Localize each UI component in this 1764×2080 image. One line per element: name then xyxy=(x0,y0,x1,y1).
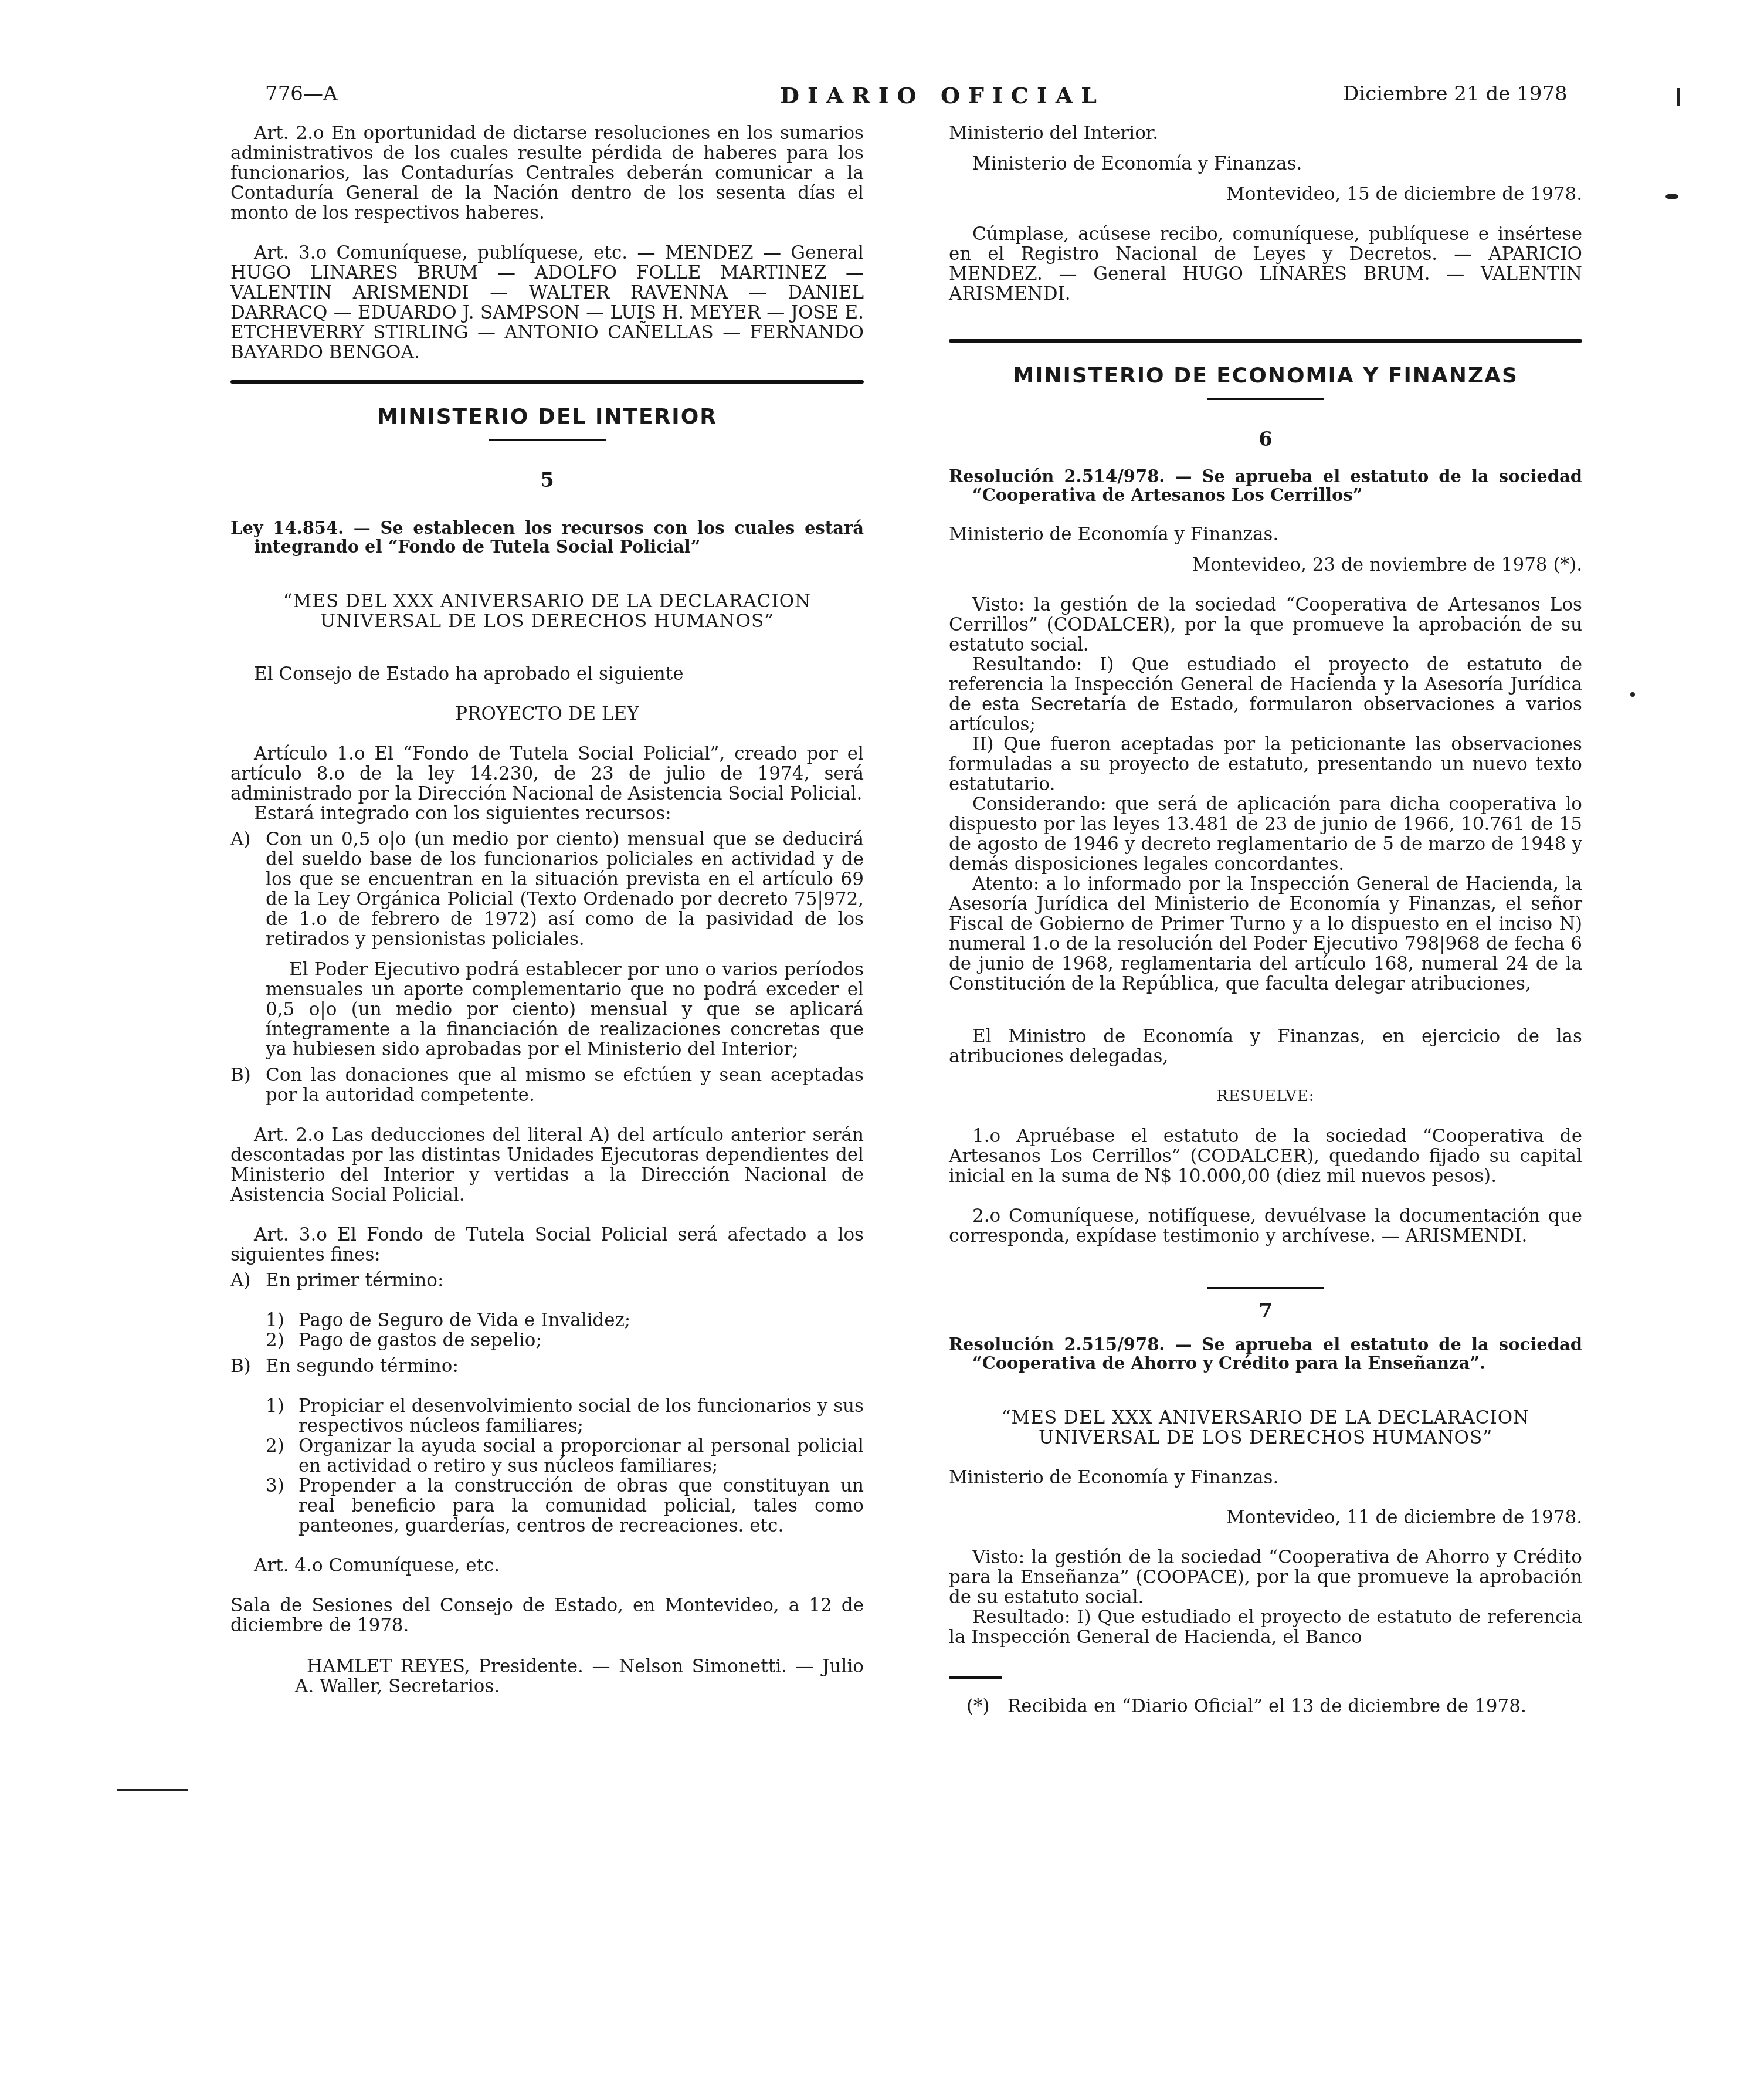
resolution-7-ministry: Ministerio de Economía y Finanzas. xyxy=(949,1468,1582,1488)
item-label: 2) xyxy=(266,1436,298,1476)
session-location-date: Sala de Sesiones del Consejo de Estado, … xyxy=(230,1595,864,1635)
left-column: Art. 2.o En oportunidad de dictarse reso… xyxy=(230,123,864,1696)
cont-ministry-interior: Ministerio del Interior. xyxy=(949,123,1582,143)
resolution-7-date: Montevideo, 11 de diciembre de 1978. xyxy=(949,1508,1582,1527)
anniversary-motto: “MES DEL XXX ANIVERSARIO DE LA DECLARACI… xyxy=(230,591,864,631)
resolution-7-visto: Visto: la gestión de la sociedad “Cooper… xyxy=(949,1547,1582,1607)
signatures: HAMLET REYES, Presidente. — Nelson Simon… xyxy=(230,1656,864,1696)
resolution-6-title: Resolución 2.514/978. — Se aprueba el es… xyxy=(949,467,1582,504)
list-item: 3) Propender a la construcción de obras … xyxy=(266,1476,864,1536)
scan-artifact xyxy=(117,1789,188,1791)
scan-artifact xyxy=(1665,194,1678,199)
page-number: 776—A xyxy=(265,82,337,106)
law-title: Ley 14.854. — Se establecen los recursos… xyxy=(230,519,864,556)
resolution-7-resultado: Resultado: I) Que estudiado el proyecto … xyxy=(949,1607,1582,1647)
article-2: Art. 2.o Las deducciones del literal A) … xyxy=(230,1125,864,1205)
section-divider xyxy=(230,380,864,384)
resolution-6-considerando: Considerando: que será de aplicación par… xyxy=(949,794,1582,874)
list-item: 2) Organizar la ayuda social a proporcio… xyxy=(266,1436,864,1476)
resource-b-text: Con las donaciones que al mismo se efctú… xyxy=(266,1065,864,1105)
right-column: Ministerio del Interior. Ministerio de E… xyxy=(949,123,1582,1716)
item-text: Propiciar el desenvolvimiento social de … xyxy=(298,1396,864,1436)
resolution-6-ministro: El Ministro de Economía y Finanzas, en e… xyxy=(949,1027,1582,1066)
heading-underline xyxy=(1207,398,1324,400)
list-item: 1) Pago de Seguro de Vida e Invalidez; xyxy=(266,1310,864,1330)
scan-artifact xyxy=(1677,88,1680,106)
anniversary-motto-2: “MES DEL XXX ANIVERSARIO DE LA DECLARACI… xyxy=(949,1408,1582,1448)
item-label: 1) xyxy=(266,1310,298,1330)
item-label: 1) xyxy=(266,1396,298,1436)
item-text: Pago de Seguro de Vida e Invalidez; xyxy=(298,1310,864,1330)
section-number-6: 6 xyxy=(949,429,1582,449)
resource-a-text: Con un 0,5 o|o (un medio por ciento) men… xyxy=(266,829,864,949)
resolution-6-atento: Atento: a lo informado por la Inspección… xyxy=(949,874,1582,994)
purpose-a-label: A) xyxy=(230,1271,266,1290)
resource-b: B) Con las donaciones que al mismo se ef… xyxy=(230,1065,864,1105)
list-item: 2) Pago de gastos de sepelio; xyxy=(266,1330,864,1350)
publication-title: DIARIO OFICIAL xyxy=(780,82,1105,109)
resolution-6-date: Montevideo, 23 de noviembre de 1978 (*). xyxy=(949,555,1582,575)
section-number-5: 5 xyxy=(230,470,864,490)
item-text: Organizar la ayuda social a proporcionar… xyxy=(298,1436,864,1476)
section-number-7: 7 xyxy=(949,1301,1582,1321)
resolution-6-resultando-1: Resultando: I) Que estudiado el proyecto… xyxy=(949,655,1582,734)
resolution-6-punto-1: 1.o Apruébase el estatuto de la sociedad… xyxy=(949,1126,1582,1186)
footnote-marker: (*) xyxy=(949,1696,1007,1716)
scan-artifact xyxy=(1630,692,1635,697)
resolution-7-title: Resolución 2.515/978. — Se aprueba el es… xyxy=(949,1335,1582,1373)
item-label: 2) xyxy=(266,1330,298,1350)
prev-decree-art2: Art. 2.o En oportunidad de dictarse reso… xyxy=(230,123,864,223)
purpose-a-text: En primer término: xyxy=(266,1271,864,1290)
newspaper-page: 776—A DIARIO OFICIAL Diciembre 21 de 197… xyxy=(0,0,1764,2080)
article-3: Art. 3.o El Fondo de Tutela Social Polic… xyxy=(230,1225,864,1265)
purpose-a: A) En primer término: xyxy=(230,1271,864,1290)
heading-underline xyxy=(489,439,606,441)
cont-date: Montevideo, 15 de diciembre de 1978. xyxy=(949,184,1582,204)
cont-cumplase: Cúmplase, acúsese recibo, comuníquese, p… xyxy=(949,224,1582,304)
section-divider xyxy=(949,339,1582,343)
resolution-6-resuelve: RESUELVE: xyxy=(949,1086,1582,1106)
list-item: 1) Propiciar el desenvolvimiento social … xyxy=(266,1396,864,1436)
item-label: 3) xyxy=(266,1476,298,1536)
resource-a-label: A) xyxy=(230,829,266,1059)
resource-a-extra: El Poder Ejecutivo podrá establecer por … xyxy=(266,960,864,1059)
integrado-text: Estará integrado con los siguientes recu… xyxy=(230,804,864,824)
section-divider-short xyxy=(1207,1287,1324,1289)
project-heading: PROYECTO DE LEY xyxy=(230,704,864,724)
issue-date: Diciembre 21 de 1978 xyxy=(1343,82,1568,106)
item-text: Propender a la construcción de obras que… xyxy=(298,1476,864,1536)
purpose-b-text: En segundo término: xyxy=(266,1356,864,1376)
resolution-6-punto-2: 2.o Comuníquese, notifíquese, devuélvase… xyxy=(949,1206,1582,1246)
purpose-b: B) En segundo término: xyxy=(230,1356,864,1376)
ministry-heading-economy: MINISTERIO DE ECONOMIA Y FINANZAS xyxy=(949,366,1582,386)
footnote-text: Recibida en “Diario Oficial” el 13 de di… xyxy=(1007,1696,1582,1716)
resolution-6-resultando-2: II) Que fueron aceptadas por la peticion… xyxy=(949,734,1582,794)
item-text: Pago de gastos de sepelio; xyxy=(298,1330,864,1350)
purpose-a-items: 1) Pago de Seguro de Vida e Invalidez; 2… xyxy=(230,1310,864,1350)
council-intro: El Consejo de Estado ha aprobado el sigu… xyxy=(230,664,864,684)
prev-decree-art3: Art. 3.o Comuníquese, publíquese, etc. —… xyxy=(230,243,864,363)
resolution-6-ministry: Ministerio de Economía y Finanzas. xyxy=(949,524,1582,544)
purpose-b-label: B) xyxy=(230,1356,266,1376)
footnote-divider xyxy=(949,1676,1002,1679)
resolution-6-visto: Visto: la gestión de la sociedad “Cooper… xyxy=(949,595,1582,655)
article-4: Art. 4.o Comuníquese, etc. xyxy=(230,1556,864,1576)
resource-a: A) Con un 0,5 o|o (un medio por ciento) … xyxy=(230,829,864,1059)
ministry-heading-interior: MINISTERIO DEL INTERIOR xyxy=(230,407,864,427)
articulo-1: Artículo 1.o El “Fondo de Tutela Social … xyxy=(230,744,864,804)
cont-ministry-economy: Ministerio de Economía y Finanzas. xyxy=(949,154,1582,174)
footnote: (*) Recibida en “Diario Oficial” el 13 d… xyxy=(949,1696,1582,1716)
purpose-b-items: 1) Propiciar el desenvolvimiento social … xyxy=(230,1396,864,1536)
resource-b-label: B) xyxy=(230,1065,266,1105)
